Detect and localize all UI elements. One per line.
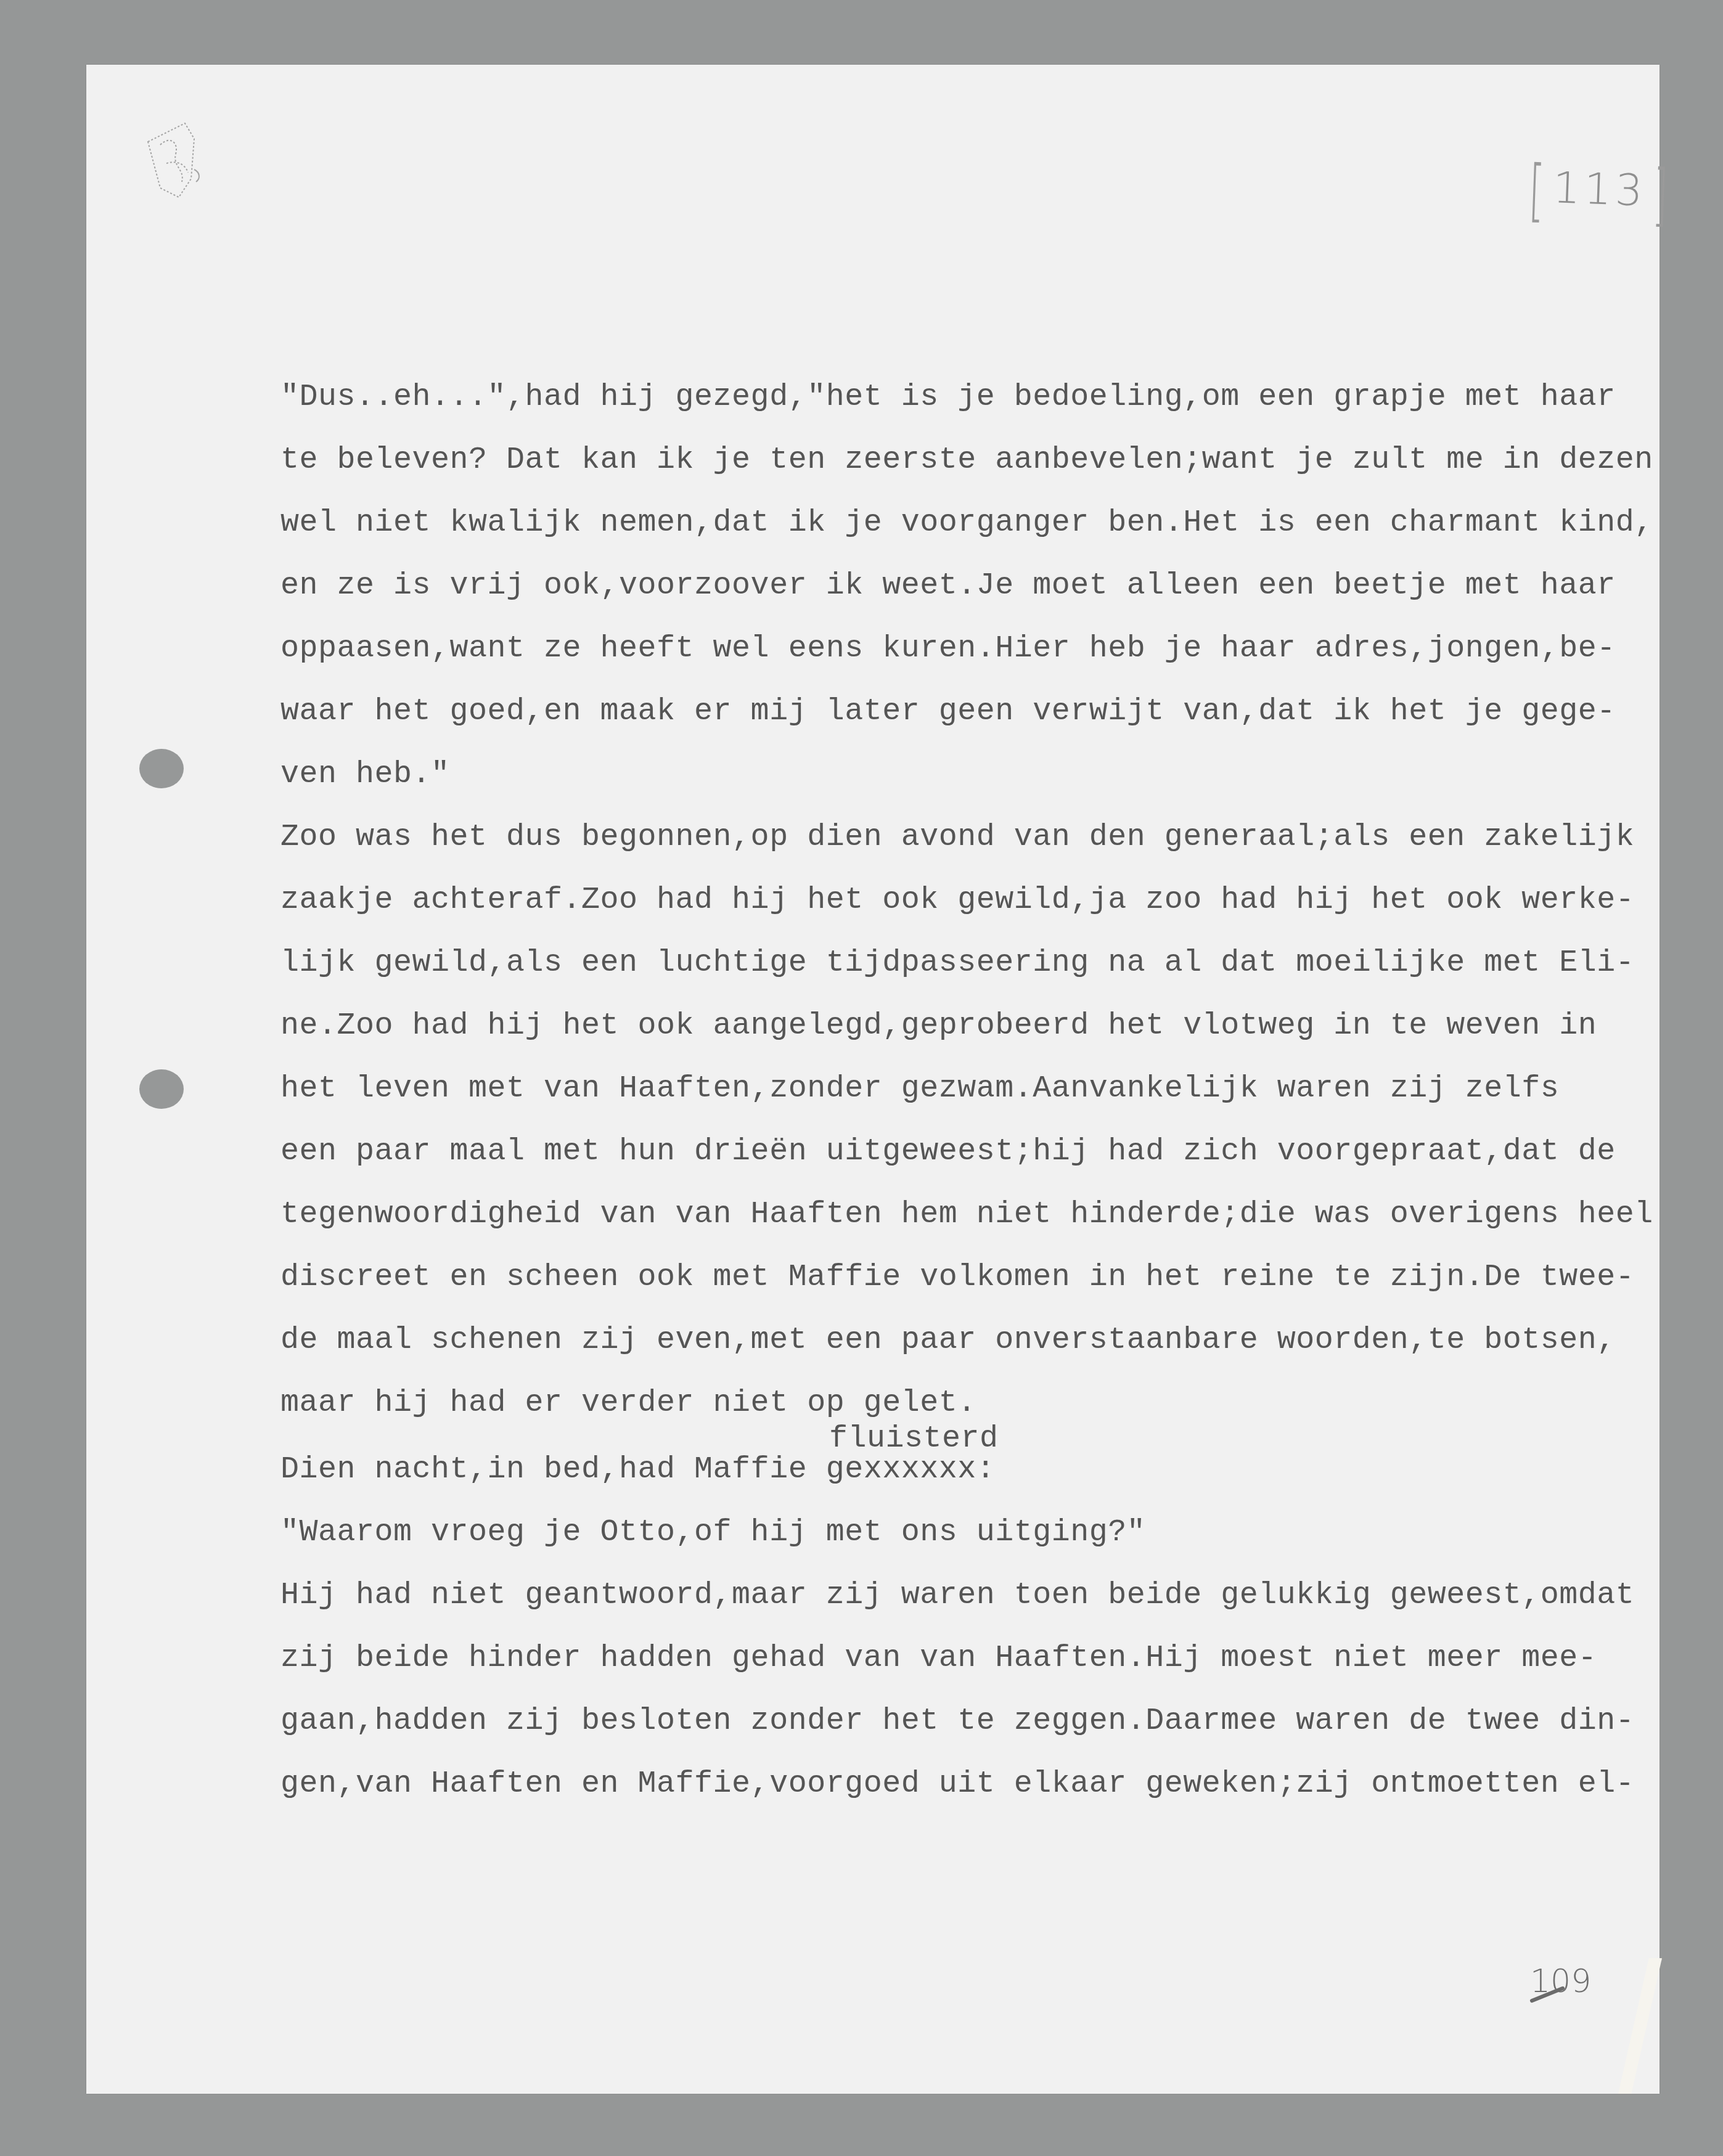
- punch-hole-upper: [139, 749, 184, 788]
- text-line: Zoo was het dus begonnen,op dien avond v…: [280, 816, 1634, 859]
- text-line: waar het goed,en maak er mij later geen …: [280, 690, 1616, 733]
- text-line: "Waarom vroeg je Otto,of hij met ons uit…: [280, 1511, 1145, 1554]
- folded-corner: [1618, 1958, 1662, 2094]
- text-line: en ze is vrij ook,voorzoover ik weet.Je …: [280, 565, 1616, 608]
- text-line: tegenwoordigheid van van Haaften hem nie…: [280, 1193, 1653, 1236]
- text-line: wel niet kwalijk nemen,dat ik je voorgan…: [280, 502, 1653, 545]
- archive-number-value: 113: [1552, 162, 1647, 216]
- text-line: ven heb.": [280, 753, 450, 796]
- text-line: Dien nacht,in bed,had Maffie gexxxxxx:: [280, 1448, 995, 1492]
- text-line: te beleven? Dat kan ik je ten zeerste aa…: [280, 439, 1653, 482]
- text-line: gaan,hadden zij besloten zonder het te z…: [280, 1700, 1634, 1743]
- text-line: het leven met van Haaften,zonder gezwam.…: [280, 1068, 1559, 1111]
- text-line: de maal schenen zij even,met een paar on…: [280, 1319, 1616, 1362]
- text-line: een paar maal met hun drieën uitgeweest;…: [280, 1130, 1616, 1174]
- text-line: Hij had niet geantwoord,maar zij waren t…: [280, 1574, 1634, 1617]
- text-line: oppaasen,want ze heeft wel eens kuren.Hi…: [280, 627, 1616, 671]
- text-line: lijk gewild,als een luchtige tijdpasseer…: [280, 942, 1634, 985]
- page-marker-value: 109: [1530, 1963, 1591, 2000]
- archive-number: [113]: [1521, 150, 1678, 235]
- text-line: zaakje achteraf.Zoo had hij het ook gewi…: [280, 879, 1634, 922]
- text-line: zij beide hinder hadden gehad van van Ha…: [280, 1637, 1597, 1680]
- archive-stamp-icon: [142, 120, 210, 200]
- text-line: gen,van Haaften en Maffie,voorgoed uit e…: [280, 1763, 1634, 1806]
- page-marker: 109: [1530, 1963, 1591, 2000]
- text-line: discreet en scheen ook met Maffie volkom…: [280, 1256, 1634, 1299]
- punch-hole-lower: [139, 1069, 184, 1109]
- text-line: "Dus..eh...",had hij gezegd,"het is je b…: [280, 376, 1616, 419]
- text-line: ne.Zoo had hij het ook aangelegd,geprobe…: [280, 1005, 1597, 1048]
